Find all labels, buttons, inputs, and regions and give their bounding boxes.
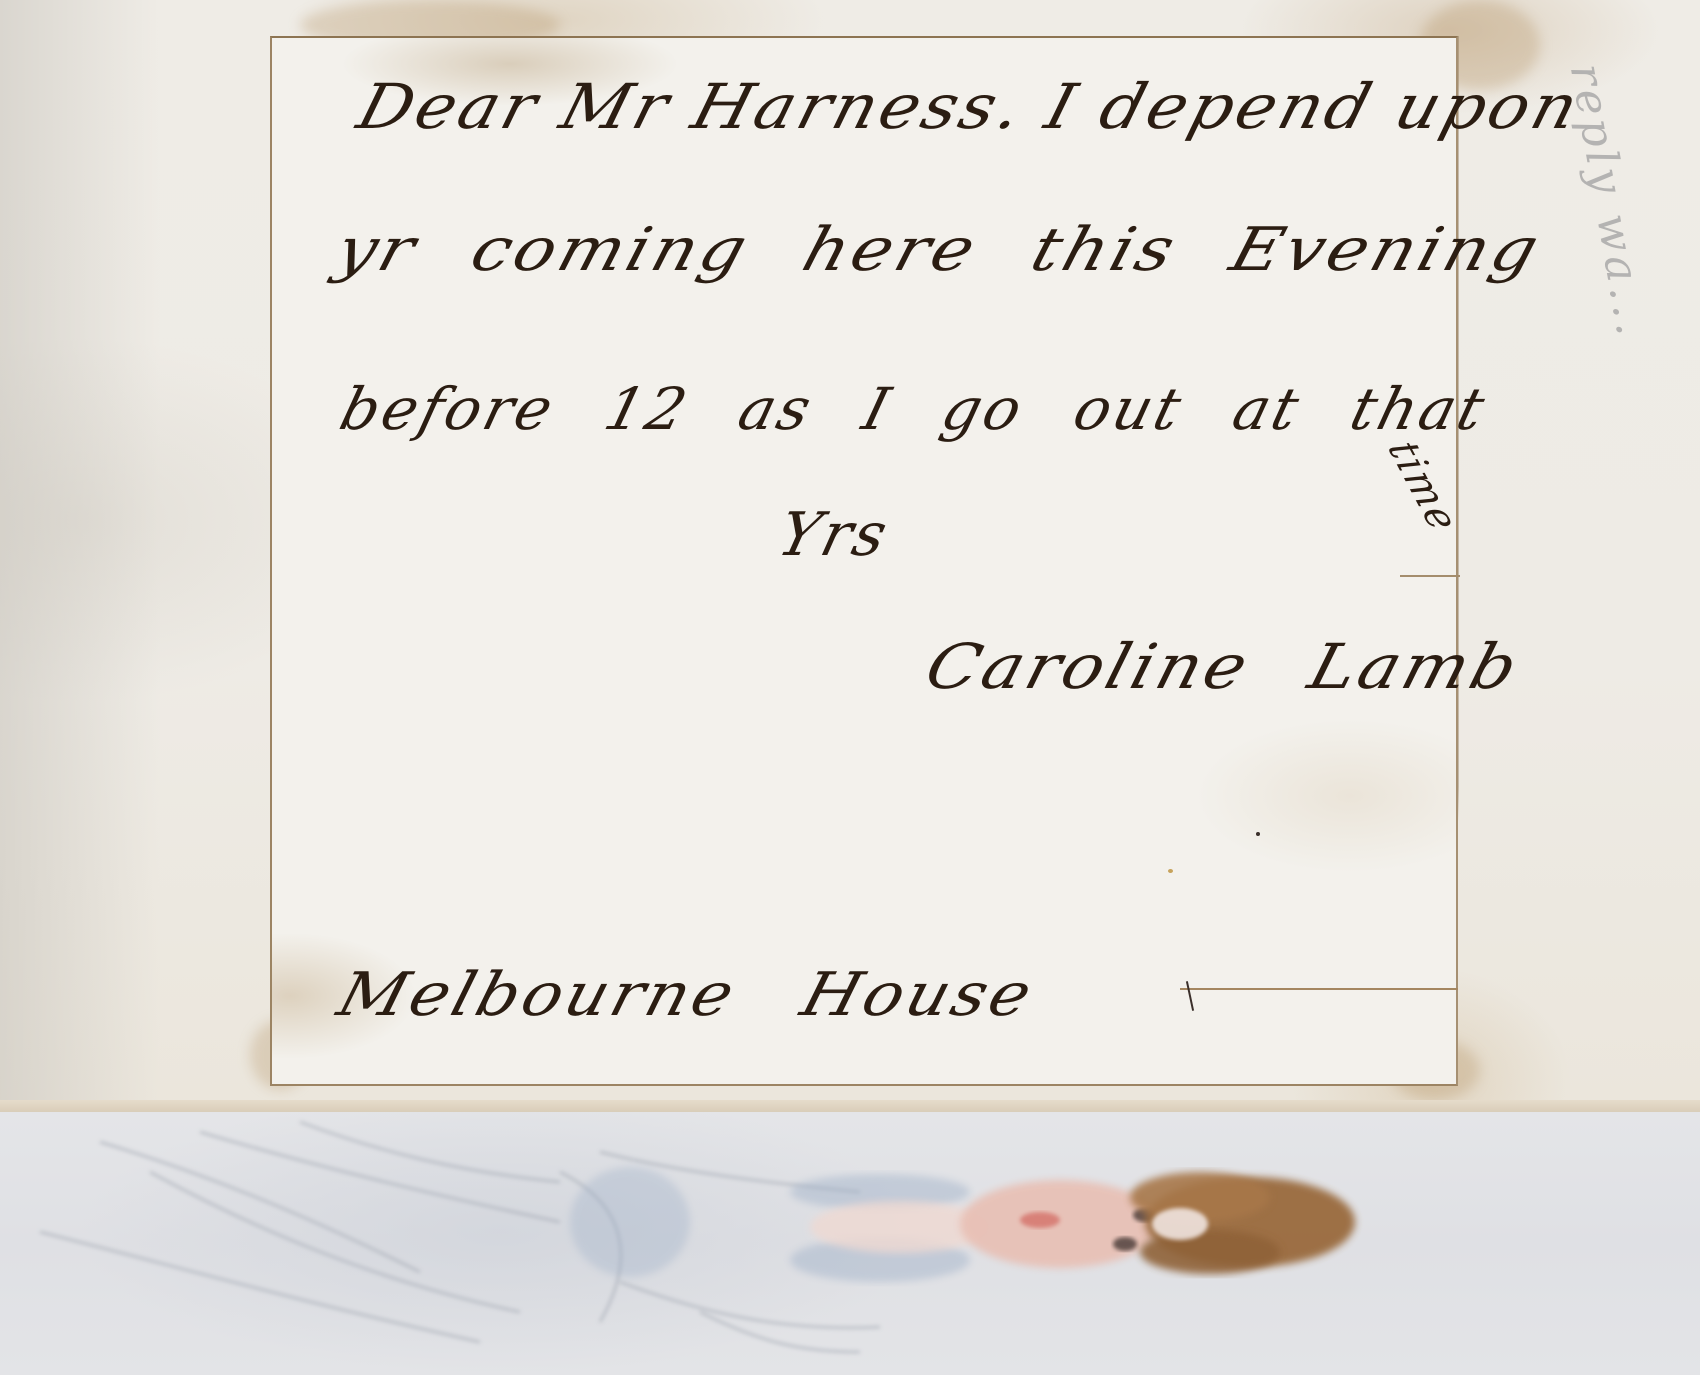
letter-line-2: yr coming here this Evening [328,215,1549,285]
ink-speck [1168,869,1173,873]
letter-torn-edge [1400,575,1460,591]
portrait-illustration: Portrait sketch [0,1112,1700,1375]
portrait-sketch-icon [0,1112,1700,1375]
ink-speck [1256,832,1260,836]
letter-line-3: before 12 as I go out at that [333,375,1494,443]
letter-signature: Caroline Lamb [918,630,1529,703]
page-shadow [0,0,160,1110]
document-photograph: Dear Mr Harness. I depend upon yr coming… [0,0,1700,1375]
letter-line-1: Dear Mr Harness. I depend upon [350,70,1589,143]
letter-fold-line [1180,988,1458,990]
letter-address: Melbourne House [330,960,1042,1030]
letter-closing: Yrs [771,500,897,570]
